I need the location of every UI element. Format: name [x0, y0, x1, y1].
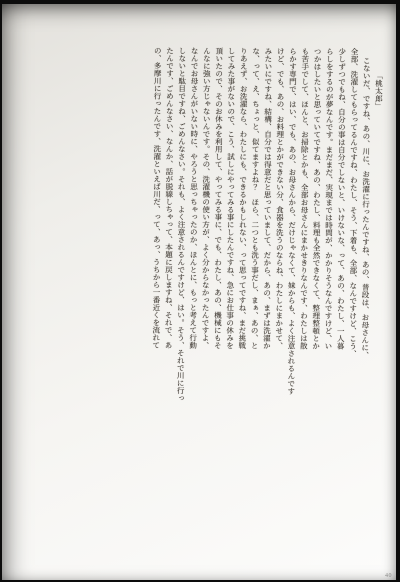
- text-column: 頂いたので、そのお休みを利用して、やってみる事に、でも、わたし、あの、機械にもそ: [211, 47, 225, 402]
- story-text-block: 「桃太郎」 こないだ、ですね、あの、川に、お洗濯に行ったんですね、あの、普段は、…: [150, 47, 385, 403]
- text-column: なんでお母さんがいない時に、やろうと思っちゃったのか、ほんとに、もっと考えて行動: [186, 47, 200, 402]
- photo-frame: 「桃太郎」 こないだ、ですね、あの、川に、お洗濯に行ったんですね、あの、普段は、…: [0, 0, 400, 582]
- text-column: してみた事がないので、こう、試しにやってみる事にしたんですね、急にお仕事の休みを: [223, 47, 237, 402]
- text-column: たんです、ごめんなさい、なんか、話が脱線しちゃって、本題に戻しますね、それで、あ: [162, 47, 176, 402]
- text-column: な、って、え、ちょっと、似てますよね？ ほら、二つとも洗う事だし、まぁ、あの、と: [248, 47, 262, 402]
- text-column: しないと駄目ですね、ごめんなさい。それも、よく注意されるんですけど、はい。そう、…: [174, 47, 188, 402]
- book-page: 「桃太郎」 こないだ、ですね、あの、川に、お洗濯に行ったんですね、あの、普段は、…: [2, 4, 396, 580]
- text-column: らかす専門で、はい、でも、あの、お母さんから、だけじゃなくて、妹からも、よく注意…: [285, 47, 299, 402]
- text-column: つかはしたいと思っていてですね、あの、わたし、料理も全然できなくて、整理整頓とか: [309, 48, 323, 403]
- text-column: こないだ、ですね、あの、川に、お洗濯に行ったんですね、あの、普段は、お母さんに、: [359, 48, 373, 403]
- text-column: 全部、洗濯してもらってるんですね、わたし、そう、下着も、全部、なんですけど、こう…: [346, 48, 360, 403]
- text-column: みたいにですね、結構、自分では得意だと思っていまして、だから、あの、まずは洗濯か: [260, 47, 274, 402]
- text-column: も苦手でして、ほんと、お掃除とかも、全部お母さんにまかせきりなんです、わたしは散: [297, 48, 311, 403]
- story-title: 「桃太郎」: [371, 48, 385, 403]
- story-text-columns: こないだ、ですね、あの、川に、お洗濯に行ったんですね、あの、普段は、お母さんに、…: [150, 47, 373, 403]
- text-column: 少しずつでもね、自分の事は自分でしないと、いけないな、って、あの、わたし、一人暮: [334, 48, 348, 403]
- page-number: 40: [385, 573, 392, 579]
